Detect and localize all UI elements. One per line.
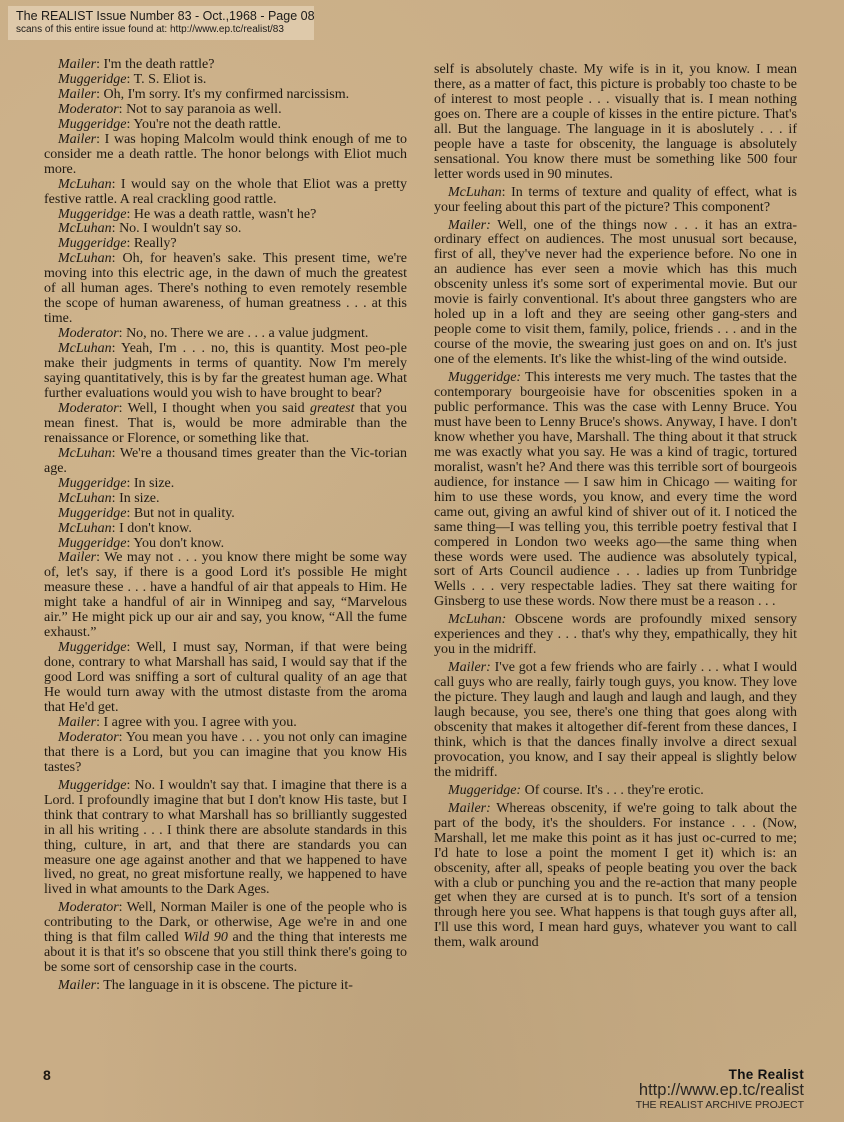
dialogue-paragraph: McLuhan: No. I wouldn't say so. (44, 222, 407, 237)
speaker-name: McLuhan (58, 521, 112, 536)
speaker-name: Muggeridge (58, 476, 126, 491)
dialogue-text: I agree with you. I agree with you. (104, 715, 297, 730)
dialogue-paragraph: Moderator: You mean you have . . . you n… (44, 731, 407, 776)
dialogue-text: Well, I thought when you said (128, 401, 310, 416)
speaker-name: Mailer (58, 550, 96, 565)
dialogue-text: Whereas obscenity, if we're going to tal… (434, 801, 797, 951)
speaker-name: Moderator (58, 326, 119, 341)
issue-title: The REALIST Issue Number 83 - Oct.,1968 … (16, 9, 314, 23)
dialogue-paragraph: self is absolutely chaste. My wife is in… (434, 63, 797, 183)
speaker-name: Muggeridge (58, 640, 126, 655)
dialogue-paragraph: Muggeridge: T. S. Eliot is. (44, 73, 407, 88)
speaker-name: Moderator (58, 102, 119, 117)
dialogue-text: I've got a few friends who are fairly . … (434, 660, 797, 780)
speaker-name: Moderator (58, 900, 119, 915)
dialogue-text: Oh, I'm sorry. It's my confirmed narciss… (104, 87, 350, 102)
dialogue-text: I'm the death rattle? (104, 57, 215, 72)
dialogue-text: I don't know. (119, 521, 192, 536)
dialogue-text: In size. (119, 491, 159, 506)
dialogue-paragraph: Mailer: I'm the death rattle? (44, 58, 407, 73)
scan-info-banner: The REALIST Issue Number 83 - Oct.,1968 … (8, 6, 314, 40)
dialogue-paragraph: Muggeridge: Well, I must say, Norman, if… (44, 641, 407, 716)
dialogue-paragraph: Muggeridge: In size. (44, 477, 407, 492)
dialogue-text: I was hoping Malcolm would think enough … (44, 132, 407, 177)
dialogue-paragraph: Mailer: I was hoping Malcolm would think… (44, 133, 407, 178)
speaker-name: Muggeridge (58, 236, 126, 251)
speaker-name: McLuhan: (448, 612, 506, 627)
dialogue-text: We may not . . . you know there might be… (44, 550, 407, 640)
dialogue-paragraph: Muggeridge: Of course. It's . . . they'r… (434, 784, 797, 799)
dialogue-paragraph: Mailer: Oh, I'm sorry. It's my confirmed… (44, 88, 407, 103)
speaker-name: McLuhan (58, 341, 112, 356)
archive-footer: The Realist http://www.ep.tc/realist THE… (636, 1068, 804, 1112)
dialogue-text: No. I wouldn't say so. (119, 221, 241, 236)
speaker-name: Muggeridge: (448, 783, 521, 798)
emphasized-text: greatest (310, 401, 355, 416)
speaker-name: Mailer (58, 715, 96, 730)
speaker-name: Muggeridge (58, 207, 126, 222)
speaker-name: McLuhan (58, 251, 112, 266)
speaker-name: McLuhan (58, 221, 112, 236)
archive-url-link[interactable]: http://www.ep.tc/realist (636, 1082, 804, 1099)
dialogue-paragraph: Mailer: Well, one of the things now . . … (434, 219, 797, 369)
dialogue-paragraph: Moderator: Not to say paranoia as well. (44, 103, 407, 118)
dialogue-paragraph: McLuhan: In size. (44, 492, 407, 507)
speaker-name: McLuhan (58, 446, 112, 461)
dialogue-text: Not to say paranoia as well. (126, 102, 282, 117)
dialogue-paragraph: McLuhan: Obscene words are profoundly mi… (434, 613, 797, 658)
dialogue-text: In size. (134, 476, 174, 491)
dialogue-paragraph: Mailer: I've got a few friends who are f… (434, 661, 797, 781)
dialogue-paragraph: Muggeridge: You don't know. (44, 537, 407, 552)
speaker-name: Mailer (58, 57, 96, 72)
right-column: self is absolutely chaste. My wife is in… (434, 63, 797, 951)
speaker-name: Moderator (58, 401, 119, 416)
speaker-name: Mailer (58, 978, 96, 993)
dialogue-paragraph: Moderator: No, no. There we are . . . a … (44, 327, 407, 342)
emphasized-text: Wild 90 (183, 930, 227, 945)
page-number: 8 (43, 1067, 51, 1083)
dialogue-paragraph: McLuhan: In terms of texture and quality… (434, 186, 797, 216)
speaker-name: Muggeridge (58, 778, 126, 793)
speaker-name: McLuhan (58, 491, 112, 506)
archive-project-label: THE REALIST ARCHIVE PROJECT (636, 1099, 804, 1112)
dialogue-text: self is absolutely chaste. My wife is in… (434, 62, 797, 182)
speaker-name: Mailer (58, 87, 96, 102)
dialogue-paragraph: Moderator: Well, I thought when you said… (44, 402, 407, 447)
speaker-name: Mailer: (448, 218, 491, 233)
left-column: Mailer: I'm the death rattle?Muggeridge:… (44, 58, 407, 994)
dialogue-paragraph: Mailer: The language in it is obscene. T… (44, 979, 407, 994)
speaker-name: Muggeridge (58, 72, 126, 87)
dialogue-paragraph: McLuhan: I would say on the whole that E… (44, 178, 407, 208)
dialogue-paragraph: McLuhan: Oh, for heaven's sake. This pre… (44, 252, 407, 327)
speaker-name: Mailer (58, 132, 96, 147)
dialogue-paragraph: Muggeridge: But not in quality. (44, 507, 407, 522)
dialogue-text: T. S. Eliot is. (134, 72, 207, 87)
dialogue-text: You don't know. (133, 536, 224, 551)
speaker-name: McLuhan (448, 185, 502, 200)
dialogue-paragraph: Mailer: We may not . . . you know there … (44, 551, 407, 641)
dialogue-paragraph: McLuhan: Yeah, I'm . . . no, this is qua… (44, 342, 407, 402)
dialogue-paragraph: McLuhan: We're a thousand times greater … (44, 447, 407, 477)
speaker-name: Mailer: (448, 801, 491, 816)
dialogue-paragraph: Muggeridge: You're not the death rattle. (44, 118, 407, 133)
dialogue-paragraph: Muggeridge: No. I wouldn't say that. I i… (44, 779, 407, 899)
dialogue-text: He was a death rattle, wasn't he? (134, 207, 317, 222)
speaker-name: Muggeridge (58, 117, 126, 132)
publication-brand: The Realist (636, 1068, 804, 1082)
scan-source-link[interactable]: scans of this entire issue found at: htt… (16, 23, 314, 36)
dialogue-text: This interests me very much. The tastes … (434, 370, 797, 609)
speaker-name: Muggeridge (58, 536, 126, 551)
dialogue-paragraph: Muggeridge: He was a death rattle, wasn'… (44, 208, 407, 223)
dialogue-paragraph: Mailer: I agree with you. I agree with y… (44, 716, 407, 731)
dialogue-text: You're not the death rattle. (133, 117, 281, 132)
dialogue-text: The language in it is obscene. The pictu… (103, 978, 353, 993)
dialogue-paragraph: McLuhan: I don't know. (44, 522, 407, 537)
dialogue-text: But not in quality. (134, 506, 235, 521)
dialogue-text: Of course. It's . . . they're erotic. (525, 783, 704, 798)
dialogue-text: No, no. There we are . . . a value judgm… (126, 326, 368, 341)
dialogue-paragraph: Muggeridge: Really? (44, 237, 407, 252)
dialogue-paragraph: Moderator: Well, Norman Mailer is one of… (44, 901, 407, 976)
dialogue-text: No. I wouldn't say that. I imagine that … (44, 778, 407, 898)
speaker-name: Mailer: (448, 660, 491, 675)
speaker-name: Muggeridge (58, 506, 126, 521)
speaker-name: McLuhan (58, 177, 112, 192)
speaker-name: Muggeridge: (448, 370, 521, 385)
dialogue-paragraph: Muggeridge: This interests me very much.… (434, 371, 797, 610)
dialogue-text: Well, one of the things now . . . it has… (434, 218, 797, 368)
dialogue-text: Really? (134, 236, 177, 251)
speaker-name: Moderator (58, 730, 119, 745)
dialogue-paragraph: Mailer: Whereas obscenity, if we're goin… (434, 802, 797, 952)
